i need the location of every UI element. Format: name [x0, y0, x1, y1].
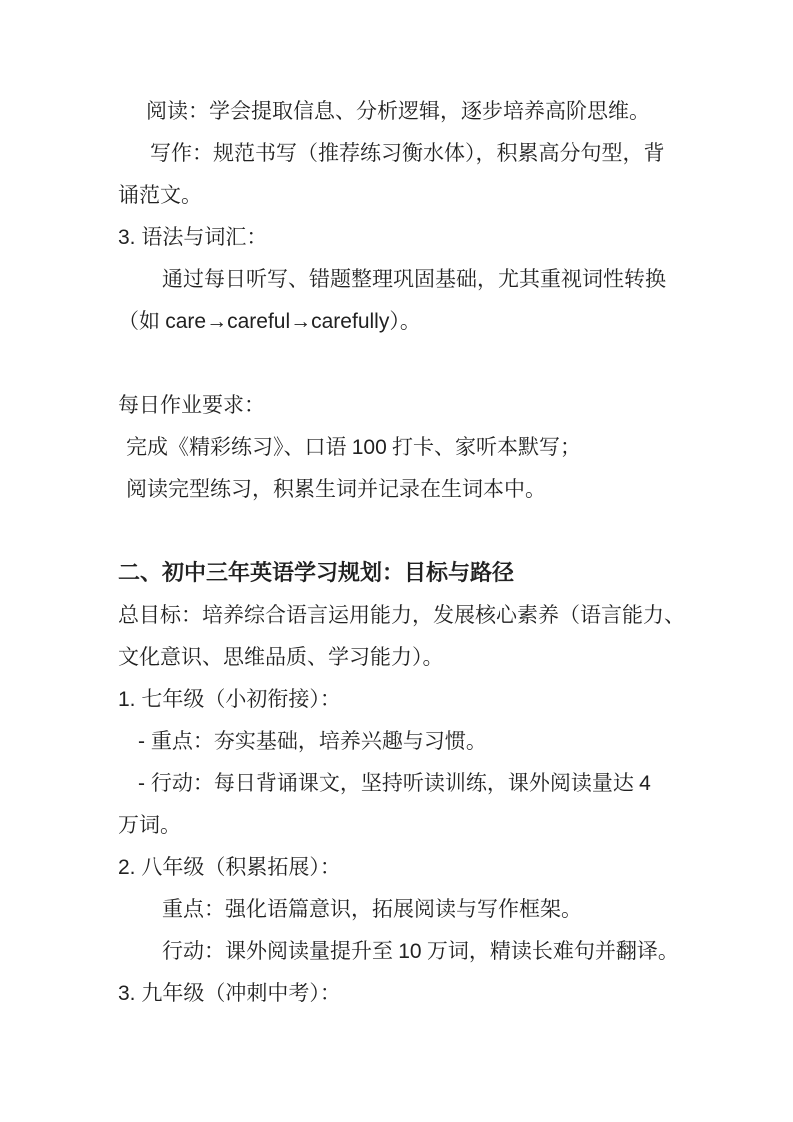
text-line: 行动：课外阅读量提升至 10 万词，精读长难句并翻译。	[118, 930, 677, 972]
text-run: 万词，精读长难句并翻译。	[422, 939, 679, 963]
text-run: 总目标：培养综合语言运用能力，发展核心素养（语言能力、	[118, 603, 685, 627]
text-run: 1.	[118, 688, 141, 711]
text-run: 打卡、家听本默写；	[387, 435, 581, 459]
text-run: 八年级（积累拓展）：	[141, 855, 341, 879]
text-line: 阅读完型练习，积累生词并记录在生词本中。	[118, 468, 677, 510]
text-run: 写作：规范书写（推荐练习衡水体），积累高分句型，背	[150, 141, 665, 165]
text-run: 3.	[118, 226, 141, 249]
section-heading: 二、初中三年英语学习规划：目标与路径	[118, 552, 677, 594]
text-run: -	[138, 730, 151, 753]
text-run: 3.	[118, 982, 141, 1005]
text-run: care→careful→carefully	[165, 310, 389, 333]
text-run: 万词。	[118, 813, 181, 837]
text-line: - 重点：夯实基础，培养兴趣与习惯。	[118, 720, 677, 762]
text-line: 1. 七年级（小初衔接）：	[118, 678, 677, 720]
text-line: 每日作业要求：	[118, 384, 677, 426]
text-run: 重点：强化语篇意识，拓展阅读与写作框架。	[162, 897, 582, 921]
text-run: 完成《精彩练习》、口语	[126, 435, 352, 459]
text-line: 3. 九年级（冲刺中考）：	[118, 972, 677, 1014]
document-page: 阅读：学会提取信息、分析逻辑，逐步培养高阶思维。写作：规范书写（推荐练习衡水体）…	[0, 0, 793, 1122]
blank-line	[118, 510, 677, 552]
text-line: 总目标：培养综合语言运用能力，发展核心素养（语言能力、	[118, 594, 677, 636]
text-line: （如 care→careful→carefully）。	[118, 300, 677, 342]
text-line: 2. 八年级（积累拓展）：	[118, 846, 677, 888]
text-run: ）。	[389, 309, 421, 333]
text-run: 二、初中三年英语学习规划：目标与路径	[118, 560, 514, 585]
text-run: 每日作业要求：	[118, 393, 265, 417]
text-run: 2.	[118, 856, 141, 879]
text-line: 通过每日听写、错题整理巩固基础，尤其重视词性转换	[118, 258, 677, 300]
text-run: -	[138, 772, 151, 795]
text-run: 七年级（小初衔接）：	[141, 687, 341, 711]
text-run: （如	[118, 309, 165, 333]
text-run: 通过每日听写、错题整理巩固基础，尤其重视词性转换	[162, 267, 666, 291]
text-line: 阅读：学会提取信息、分析逻辑，逐步培养高阶思维。	[118, 90, 677, 132]
text-line: 3. 语法与词汇：	[118, 216, 677, 258]
text-run: 文化意识、思维品质、学习能力）。	[118, 645, 444, 669]
text-run: 阅读：学会提取信息、分析逻辑，逐步培养高阶思维。	[146, 99, 650, 123]
text-line: 文化意识、思维品质、学习能力）。	[118, 636, 677, 678]
text-run: 4	[639, 772, 651, 795]
text-run: 行动：课外阅读量提升至	[162, 939, 398, 963]
text-line: 诵范文。	[118, 174, 677, 216]
text-run: 语法与词汇：	[141, 225, 267, 249]
text-run: 诵范文。	[118, 183, 202, 207]
text-run: 10	[398, 940, 421, 963]
text-run: 重点：夯实基础，培养兴趣与习惯。	[151, 729, 487, 753]
text-run: 九年级（冲刺中考）：	[141, 981, 341, 1005]
text-line: 万词。	[118, 804, 677, 846]
text-run: 行动：每日背诵课文，坚持听读训练，课外阅读量达	[151, 771, 639, 795]
text-line: 写作：规范书写（推荐练习衡水体），积累高分句型，背	[118, 132, 677, 174]
text-run: 阅读完型练习，积累生词并记录在生词本中。	[126, 477, 546, 501]
blank-line	[118, 342, 677, 384]
text-run: 100	[352, 436, 387, 459]
text-line: 完成《精彩练习》、口语 100 打卡、家听本默写；	[118, 426, 677, 468]
text-line: 重点：强化语篇意识，拓展阅读与写作框架。	[118, 888, 677, 930]
text-line: - 行动：每日背诵课文，坚持听读训练，课外阅读量达 4	[118, 762, 677, 804]
